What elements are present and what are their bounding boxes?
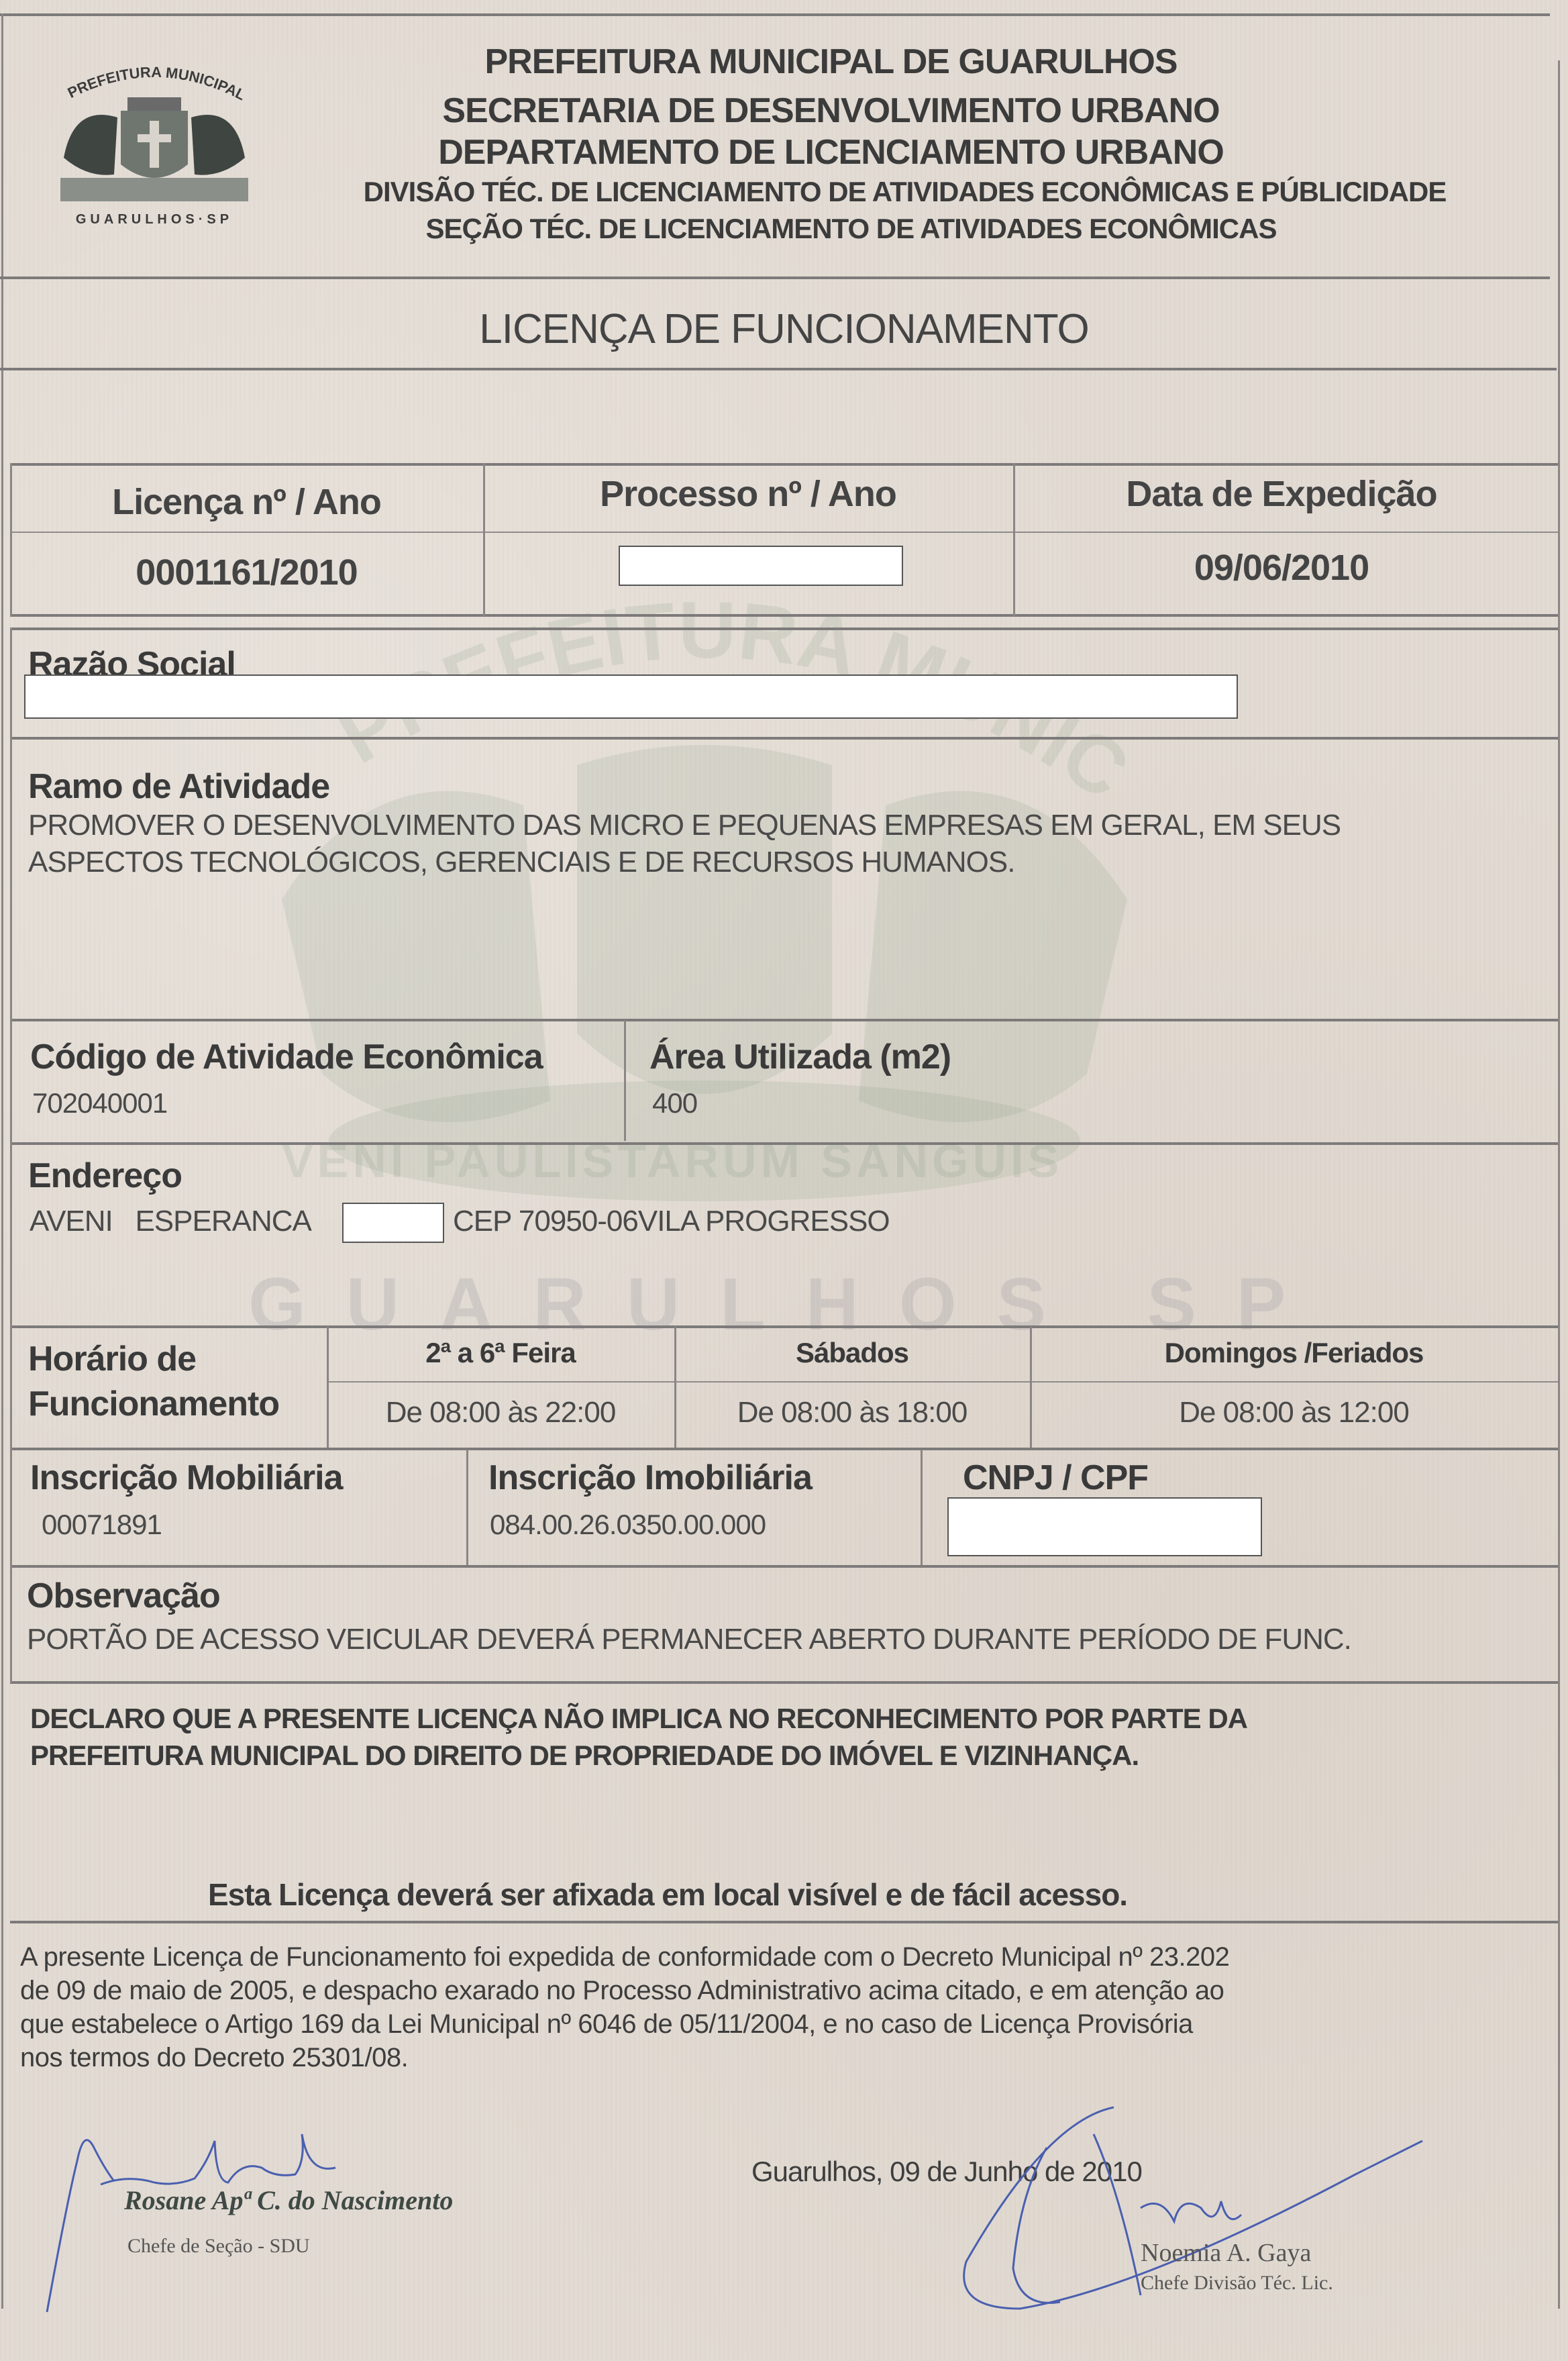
legal-text-line-1: A presente Licença de Funcionamento foi … <box>20 1940 1229 1974</box>
area-utilizada-label: Área Utilizada (m2) <box>649 1037 951 1077</box>
inscricao-imobiliaria-value: 084.00.26.0350.00.000 <box>490 1509 766 1541</box>
observacao-value: PORTÃO DE ACESSO VEICULAR DEVERÁ PERMANE… <box>27 1623 1351 1656</box>
document-title: LICENÇA DE FUNCIONAMENTO <box>0 305 1568 353</box>
ramo-atividade-line-2: ASPECTOS TECNOLÓGICOS, GERENCIAIS E DE R… <box>28 846 1014 879</box>
codigo-row-top <box>10 1019 1558 1021</box>
observacao-label: Observação <box>27 1576 220 1616</box>
inscricao-mobiliaria-value: 00071891 <box>42 1509 162 1541</box>
header-line-1: PREFEITURA MUNICIPAL DE GUARULHOS <box>47 42 1568 82</box>
title-divider <box>0 368 1557 370</box>
process-number-redacted <box>619 546 903 586</box>
codigo-area-divider <box>624 1020 626 1141</box>
horario-weekday-value: De 08:00 às 22:00 <box>327 1396 674 1429</box>
endereco-cep-bairro: CEP 70950-06VILA PROGRESSO <box>453 1205 890 1238</box>
horario-label-line-2: Funcionamento <box>28 1384 279 1424</box>
license-number-value: 0001161/2010 <box>10 552 483 593</box>
horario-label-line-1: Horário de <box>28 1339 196 1379</box>
ramo-atividade-line-1: PROMOVER O DESENVOLVIMENTO DAS MICRO E P… <box>28 809 1341 842</box>
inscricao-imobiliaria-label: Inscrição Imobiliária <box>488 1458 812 1498</box>
razao-social-redacted <box>24 674 1238 719</box>
declaration-line-2: PREFEITURA MUNICIPAL DO DIREITO DE PROPR… <box>30 1737 1139 1774</box>
header-line-4: DIVISÃO TÉC. DE LICENCIAMENTO DE ATIVIDA… <box>121 176 1568 208</box>
horario-saturday-value: De 08:00 às 18:00 <box>674 1396 1030 1429</box>
header-divider <box>0 277 1550 279</box>
horario-saturday-label: Sábados <box>674 1337 1030 1369</box>
license-table-mid <box>10 532 1558 533</box>
right-signature: Noemia A. Gaya Chefe Divisão Téc. Lic. <box>939 2094 1543 2335</box>
razao-social-top <box>10 627 1558 630</box>
issue-date-value: 09/06/2010 <box>1013 547 1550 589</box>
horario-weekday-label: 2ª a 6ª Feira <box>327 1337 674 1369</box>
watermark-city: GUARULHOS SP <box>248 1262 1326 1347</box>
inscricao-top <box>10 1448 1558 1450</box>
ramo-atividade-top <box>10 737 1558 740</box>
inscricao-col-2 <box>921 1450 923 1565</box>
right-signer-role: Chefe Divisão Téc. Lic. <box>1141 2272 1333 2295</box>
inscricao-mobiliaria-label: Inscrição Mobiliária <box>30 1458 343 1498</box>
horario-sunday-value: De 08:00 às 12:00 <box>1030 1396 1558 1429</box>
declaration-line-1: DECLARO QUE A PRESENTE LICENÇA NÃO IMPLI… <box>30 1700 1247 1738</box>
legal-text-top <box>10 1921 1558 1923</box>
handwritten-signature-icon <box>40 2121 443 2322</box>
inscricao-col-1 <box>466 1450 468 1565</box>
license-number-label: Licença nº / Ano <box>10 481 483 523</box>
left-signer-role: Chefe de Seção - SDU <box>127 2235 310 2258</box>
area-utilizada-value: 400 <box>652 1087 697 1119</box>
codigo-atividade-label: Código de Atividade Econômica <box>30 1037 543 1077</box>
endereco-label: Endereço <box>28 1156 182 1196</box>
endereco-top <box>10 1142 1558 1145</box>
header-line-2: SECRETARIA DE DESENVOLVIMENTO URBANO <box>47 91 1568 131</box>
license-table-bottom <box>10 614 1558 617</box>
issue-date-label: Data de Expedição <box>1013 473 1550 515</box>
frame-top-line <box>0 13 1550 16</box>
cnpj-cpf-label: CNPJ / CPF <box>963 1458 1148 1498</box>
license-table-top <box>10 463 1558 466</box>
left-signer-name: Rosane Apª C. do Nascimento <box>124 2184 453 2216</box>
process-number-label: Processo nº / Ano <box>483 473 1013 515</box>
frame-right-line <box>1558 60 1560 2309</box>
handwritten-signature-icon <box>939 2094 1543 2335</box>
observacao-top <box>10 1565 1558 1568</box>
horario-sunday-label: Domingos /Feriados <box>1030 1337 1558 1369</box>
endereco-street: AVENI ESPERANCA <box>30 1205 311 1238</box>
frame-left-line <box>1 13 3 2309</box>
header-line-5: SEÇÃO TÉC. DE LICENCIAMENTO DE ATIVIDADE… <box>67 213 1568 245</box>
horario-mid <box>327 1381 1558 1383</box>
endereco-number-redacted <box>342 1203 444 1243</box>
legal-text-line-3: que estabelece o Artigo 169 da Lei Munic… <box>20 2007 1193 2042</box>
ramo-atividade-label: Ramo de Atividade <box>28 766 329 807</box>
legal-text-line-2: de 09 de maio de 2005, e despacho exarad… <box>20 1973 1224 2008</box>
legal-text-line-4: nos termos do Decreto 25301/08. <box>20 2040 408 2075</box>
right-signer-name: Noemia A. Gaya <box>1141 2238 1311 2268</box>
header-line-3: DEPARTAMENTO DE LICENCIAMENTO URBANO <box>47 132 1568 172</box>
codigo-atividade-value: 702040001 <box>32 1087 167 1119</box>
cnpj-cpf-redacted <box>947 1497 1262 1556</box>
observacao-bottom <box>10 1681 1558 1684</box>
horario-top <box>10 1325 1558 1328</box>
display-notice: Esta Licença deverá ser afixada em local… <box>208 1876 1127 1913</box>
fields-left-border <box>10 627 12 1682</box>
left-signature: Rosane Apª C. do Nascimento Chefe de Seç… <box>40 2121 443 2322</box>
